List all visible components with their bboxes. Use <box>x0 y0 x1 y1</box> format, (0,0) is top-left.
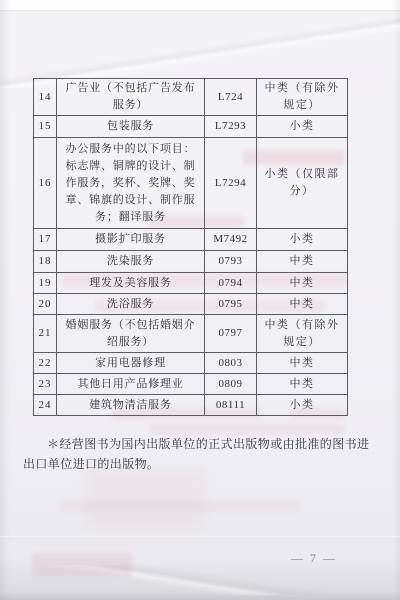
code-cell: 0797 <box>205 315 257 353</box>
table-row: 20洗浴服务0795中类 <box>34 294 348 315</box>
row-number-cell: 21 <box>34 315 57 353</box>
paper-edge-top <box>0 0 400 11</box>
page-number: — 7 — <box>291 551 337 566</box>
service-name-cell: 其他日用产品修理业 <box>57 374 205 395</box>
service-name-cell: 家用电器修理 <box>57 353 205 374</box>
category-cell: 中类 <box>257 374 348 395</box>
footnote-line: 出口单位进口的出版物。 <box>23 454 383 474</box>
paper-edge-right <box>392 0 400 600</box>
scanned-page: 14广告业（不包括广告发布服务）L724中类（有除外规定）15包装服务L7293… <box>0 0 400 600</box>
table-row: 22家用电器修理0803中类 <box>34 353 348 374</box>
table-row: 23其他日用产品修理业0809中类 <box>34 374 348 395</box>
row-number-cell: 19 <box>34 273 57 294</box>
service-name-cell: 摄影扩印服务 <box>57 229 205 251</box>
table-row: 16办公服务中的以下项目：标志牌、铜牌的设计、制作服务，奖杯、奖牌、奖章、锦旗的… <box>34 138 348 229</box>
table-row: 19理发及美容服务0794中类 <box>34 273 348 294</box>
service-category-table: 14广告业（不包括广告发布服务）L724中类（有除外规定）15包装服务L7293… <box>33 78 348 416</box>
code-cell: M7492 <box>205 229 257 251</box>
service-name-cell: 洗染服务 <box>57 251 205 273</box>
row-number-cell: 20 <box>34 294 57 315</box>
category-cell: 中类 <box>257 353 348 374</box>
code-cell: L724 <box>205 79 257 116</box>
paper-crease <box>0 536 400 539</box>
category-cell: 中类 <box>257 251 348 273</box>
service-name-cell: 洗浴服务 <box>57 294 205 315</box>
category-cell: 小类 <box>257 116 348 138</box>
row-number-cell: 17 <box>34 229 57 251</box>
row-number-cell: 22 <box>34 353 57 374</box>
category-cell: 小类（仅限部分） <box>257 138 348 229</box>
row-number-cell: 24 <box>34 395 57 416</box>
code-cell: 08111 <box>205 395 257 416</box>
service-name-cell: 广告业（不包括广告发布服务） <box>57 79 205 116</box>
code-cell: 0803 <box>205 353 257 374</box>
row-number-cell: 23 <box>34 374 57 395</box>
category-cell: 中类 <box>257 273 348 294</box>
table-row: 15包装服务L7293小类 <box>34 116 348 138</box>
service-name-cell: 包装服务 <box>57 116 205 138</box>
code-cell: L7294 <box>205 138 257 229</box>
service-name-cell: 婚姻服务（不包括婚姻介绍服务） <box>57 315 205 353</box>
footnote: ＊经营图书为国内出版单位的正式出版物或由批准的图书进 出口单位进口的出版物。 <box>23 434 383 474</box>
category-cell: 小类 <box>257 395 348 416</box>
table-row: 21婚姻服务（不包括婚姻介绍服务）0797中类（有除外规定） <box>34 315 348 353</box>
row-number-cell: 16 <box>34 138 57 229</box>
category-cell: 中类 <box>257 294 348 315</box>
category-cell: 中类（有除外规定） <box>257 79 348 116</box>
service-name-cell: 理发及美容服务 <box>57 273 205 294</box>
table-row: 24建筑物清洁服务08111小类 <box>34 395 348 416</box>
category-cell: 中类（有除外规定） <box>257 315 348 353</box>
category-cell: 小类 <box>257 229 348 251</box>
code-cell: L7293 <box>205 116 257 138</box>
paper-crease <box>0 565 400 595</box>
paper-edge-left <box>0 0 10 600</box>
row-number-cell: 14 <box>34 79 57 116</box>
table-row: 18洗染服务0793中类 <box>34 251 348 273</box>
service-name-cell: 办公服务中的以下项目：标志牌、铜牌的设计、制作服务，奖杯、奖牌、奖章、锦旗的设计… <box>57 138 205 229</box>
bleed-through-artifact <box>60 500 300 512</box>
code-cell: 0794 <box>205 273 257 294</box>
table-row: 17摄影扩印服务M7492小类 <box>34 229 348 251</box>
footnote-line: ＊经营图书为国内出版单位的正式出版物或由批准的图书进 <box>23 434 383 454</box>
table-row: 14广告业（不包括广告发布服务）L724中类（有除外规定） <box>34 79 348 116</box>
row-number-cell: 18 <box>34 251 57 273</box>
code-cell: 0795 <box>205 294 257 315</box>
code-cell: 0809 <box>205 374 257 395</box>
service-name-cell: 建筑物清洁服务 <box>57 395 205 416</box>
row-number-cell: 15 <box>34 116 57 138</box>
bleed-through-artifact <box>85 468 205 528</box>
code-cell: 0793 <box>205 251 257 273</box>
